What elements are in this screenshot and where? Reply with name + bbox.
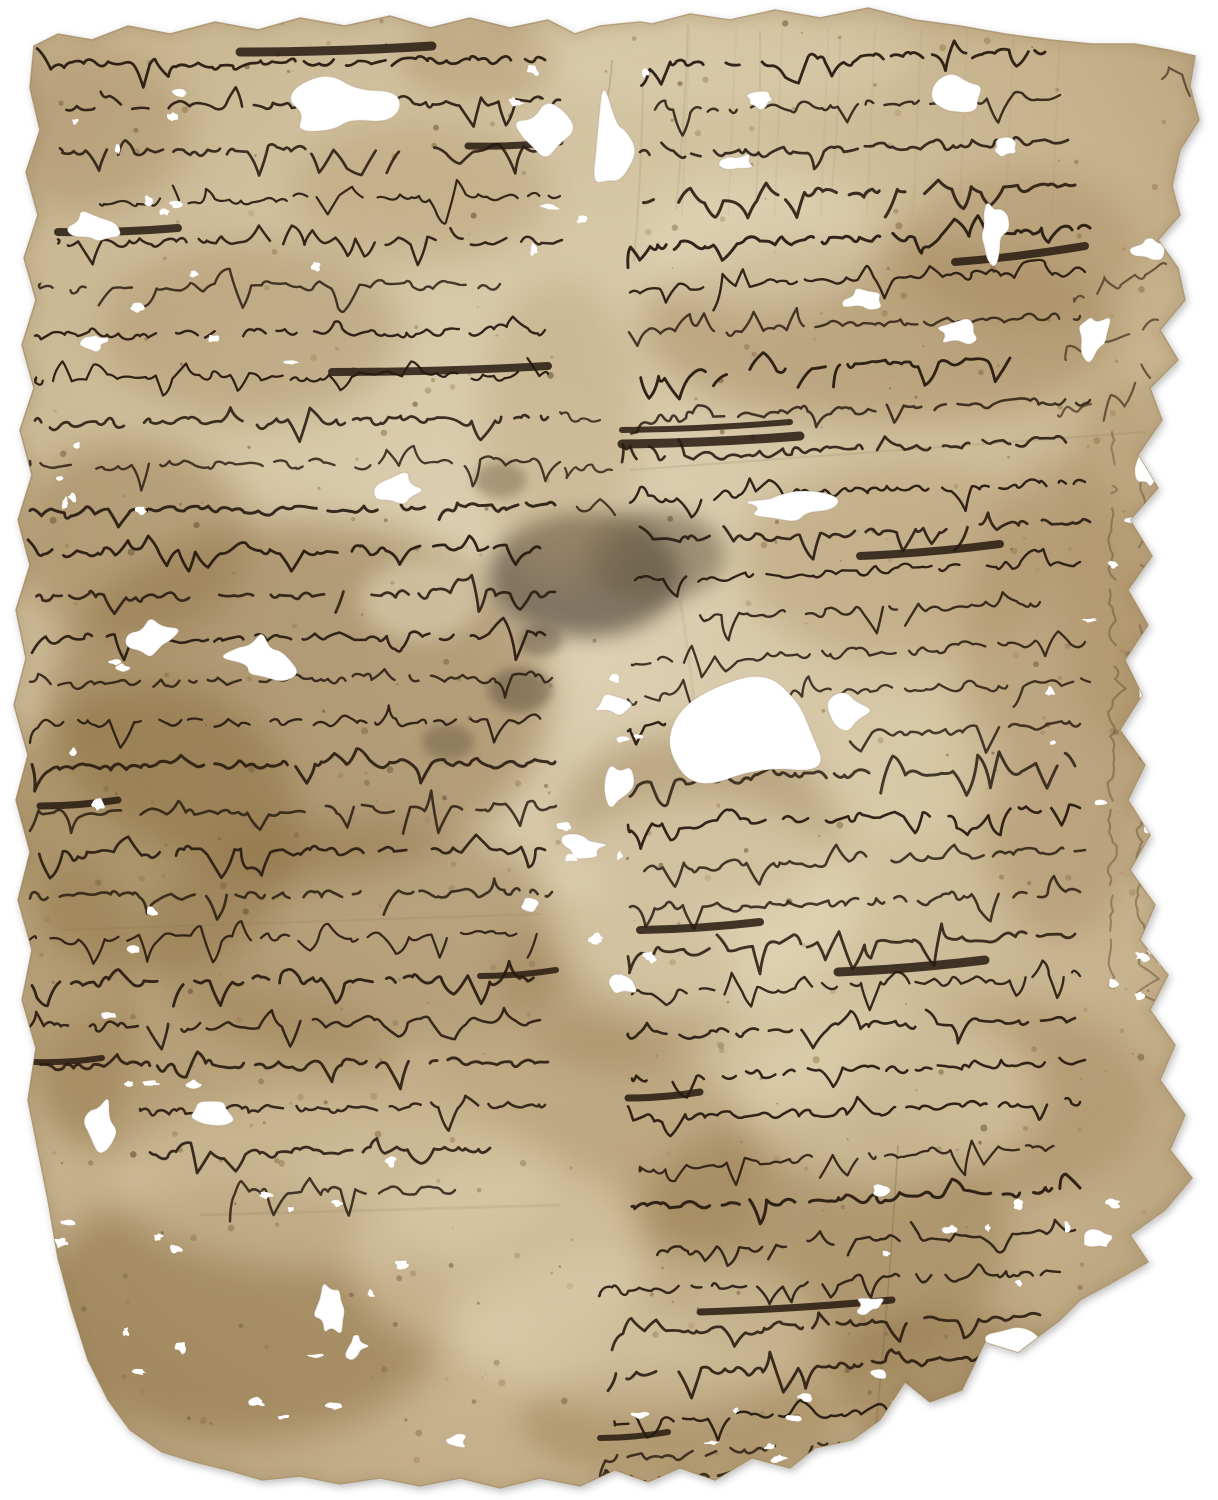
stain-patch — [900, 170, 1140, 330]
stain-patch — [474, 462, 526, 498]
stain-patch — [422, 724, 474, 760]
worm-hole — [995, 137, 1016, 156]
worm-fleck — [60, 1325, 76, 1334]
worm-fleck — [1140, 1234, 1149, 1242]
manuscript-photo — [0, 0, 1218, 1500]
worm-fleck — [1174, 635, 1188, 642]
worm-fleck — [892, 1400, 903, 1409]
stain-patch — [290, 120, 550, 260]
highlight-patch — [360, 560, 480, 640]
worm-hole — [1139, 677, 1159, 706]
highlight-patch — [110, 1090, 550, 1270]
photo-background — [0, 0, 1218, 1500]
worm-hole — [985, 1328, 1043, 1383]
worm-fleck — [891, 1430, 909, 1443]
worm-fleck — [1147, 1436, 1156, 1441]
worm-fleck — [1014, 1199, 1024, 1210]
highlight-patch — [520, 10, 920, 110]
worm-fleck — [208, 335, 219, 342]
